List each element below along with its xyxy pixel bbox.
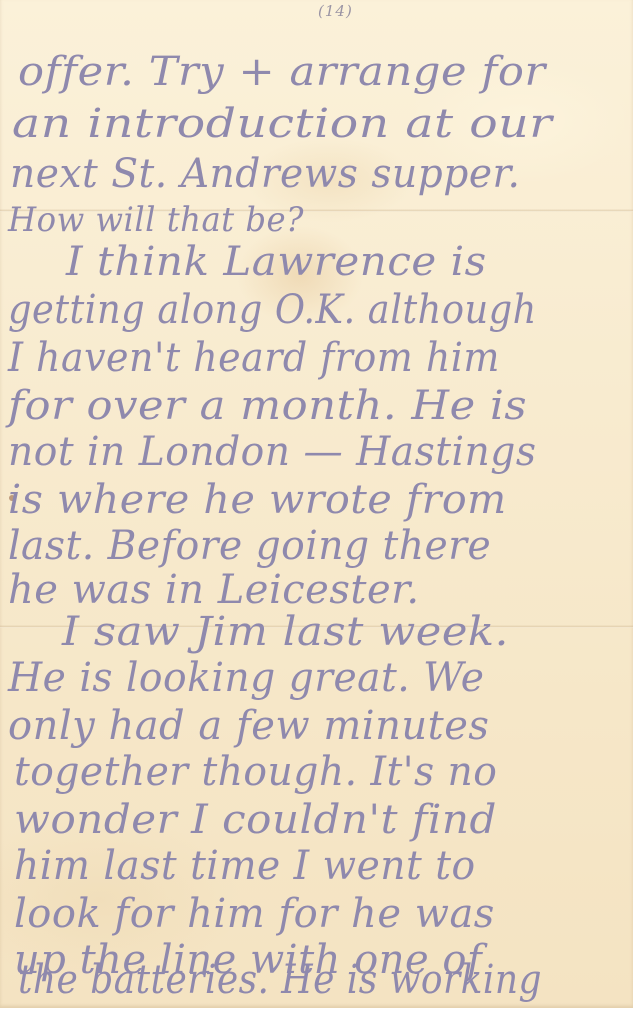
letter-line: How will that be? <box>8 196 304 244</box>
letter-paper: (14) offer. Try + arrange for an introdu… <box>0 0 633 1008</box>
letter-line: I haven't heard from him <box>8 334 500 382</box>
letter-line: only had a few minutes <box>8 702 489 750</box>
page-number: (14) <box>318 2 353 20</box>
letter-line: look for him for he was <box>14 890 495 938</box>
letter-line: together though. It's no <box>14 748 497 796</box>
letter-line: an introduction at our <box>12 100 552 148</box>
letter-line: him last time I went to <box>14 842 476 890</box>
letter-line: offer. Try + arrange for <box>18 48 546 96</box>
letter-line: he was in Leicester. <box>8 566 420 614</box>
letter-line: for over a month. He is <box>8 382 527 430</box>
letter-line: not in London — Hastings <box>8 428 536 476</box>
letter-line: wonder I couldn't find <box>14 796 497 844</box>
letter-line: He is looking great. We <box>8 654 484 702</box>
letter-line: I think Lawrence is <box>66 238 487 286</box>
letter-line: is where he wrote from <box>8 476 507 524</box>
letter-line: next St. Andrews supper. <box>10 150 520 198</box>
letter-line: last. Before going there <box>8 522 491 570</box>
letter-line: I saw Jim last week. <box>62 608 509 656</box>
letter-line: getting along O.K. although <box>8 286 537 334</box>
letter-line: the batteries. He is working <box>18 956 542 1004</box>
